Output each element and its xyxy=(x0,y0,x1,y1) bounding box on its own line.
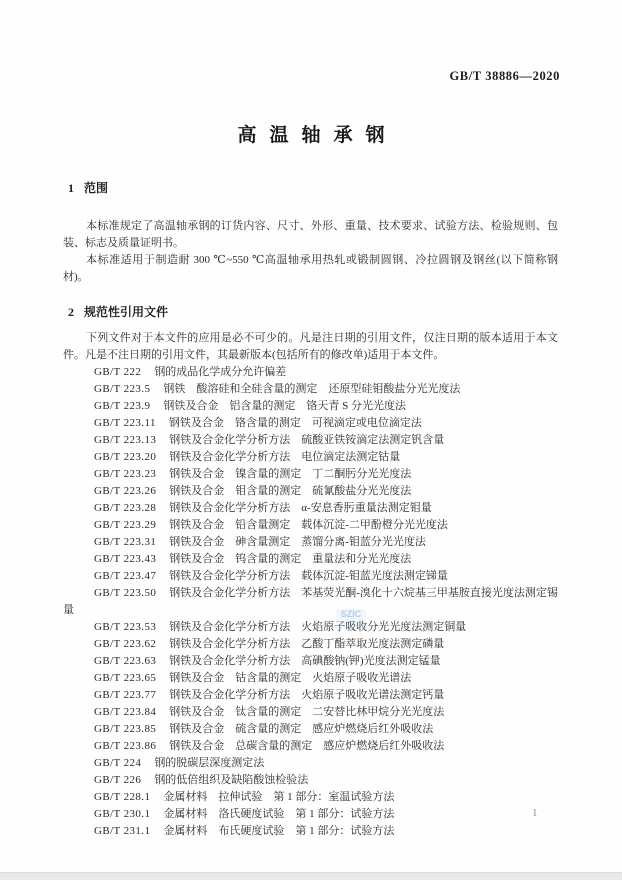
reference-code: GB/T 223.9 xyxy=(94,400,150,412)
reference-text: 钢铁及合金 硫含量的测定 感应炉燃烧后红外吸收法 xyxy=(169,723,433,735)
reference-code: GB/T 228.1 xyxy=(94,791,150,803)
reference-code: GB/T 223.29 xyxy=(94,519,156,531)
reference-item: GB/T 223.29钢铁及合金 铅含量测定 载体沉淀-二甲酚橙分光光度法 xyxy=(63,517,558,534)
document-title: 高温轴承钢 xyxy=(13,126,622,146)
reference-code: GB/T 223.26 xyxy=(94,485,156,497)
reference-code: GB/T 223.5 xyxy=(94,383,150,395)
reference-code: GB/T 223.86 xyxy=(94,740,156,752)
reference-text: 金属材料 布氏硬度试验 第 1 部分：试验方法 xyxy=(163,825,394,837)
reference-code: GB/T 223.65 xyxy=(94,672,156,684)
reference-code: GB/T 223.13 xyxy=(94,434,156,446)
reference-code: GB/T 223.63 xyxy=(94,655,156,667)
reference-code: GB/T 223.53 xyxy=(94,621,156,633)
reference-item: GB/T 223.5钢铁 酸溶硅和全硅含量的测定 还原型硅钼酸盐分光光度法 xyxy=(63,381,558,398)
standard-number: GB/T 38886—2020 xyxy=(0,0,622,83)
reference-code: GB/T 230.1 xyxy=(94,808,150,820)
reference-code: GB/T 223.23 xyxy=(94,468,156,480)
reference-item: GB/T 223.47钢铁及合金化学分析方法 载体沉淀-钼蓝光度法测定锑量 xyxy=(63,568,558,585)
reference-text: 钢铁及合金化学分析方法 α-安息香肟重量法测定钼量 xyxy=(169,502,431,514)
reference-text: 钢铁及合金 钨含量的测定 重量法和分光光度法 xyxy=(169,553,411,565)
reference-item: GB/T 230.1金属材料 洛氏硬度试验 第 1 部分：试验方法 xyxy=(63,806,558,823)
reference-code: GB/T 223.62 xyxy=(94,638,156,650)
reference-item: GB/T 224钢的脱碳层深度测定法 xyxy=(63,755,558,772)
reference-item: GB/T 223.65钢铁及合金 钴含量的测定 火焰原子吸收光谱法 xyxy=(63,670,558,687)
reference-item: GB/T 223.23钢铁及合金 镍含量的测定 丁二酮肟分光光度法 xyxy=(63,466,558,483)
reference-code: GB/T 223.77 xyxy=(94,689,156,701)
reference-text: 钢的低倍组织及缺陷酸蚀检验法 xyxy=(154,774,308,786)
reference-text: 钢铁及合金化学分析方法 载体沉淀-钼蓝光度法测定锑量 xyxy=(169,570,448,582)
reference-item: GB/T 223.77钢铁及合金化学分析方法 火焰原子吸收光谱法测定钙量 xyxy=(63,687,558,704)
reference-code: GB/T 223.84 xyxy=(94,706,156,718)
section-2-heading-text: 规范性引用文件 xyxy=(84,305,168,319)
reference-item: GB/T 223.50钢铁及合金化学分析方法 苯基荧光酮-溴化十六烷基三甲基胺直… xyxy=(63,585,558,619)
reference-item: GB/T 223.11钢铁及合金 铬含量的测定 可视滴定或电位滴定法 xyxy=(63,415,558,432)
reference-code: GB/T 223.50 xyxy=(94,587,156,599)
reference-code: GB/T 223.85 xyxy=(94,723,156,735)
page-bottom-edge xyxy=(0,872,622,880)
reference-item: GB/T 223.9钢铁及合金 铝含量的测定 铬天青 S 分光光度法 xyxy=(63,398,558,415)
reference-code: GB/T 231.1 xyxy=(94,825,150,837)
references-list: GB/T 222钢的成品化学成分允许偏差 GB/T 223.5钢铁 酸溶硅和全硅… xyxy=(63,364,558,840)
reference-item: GB/T 222钢的成品化学成分允许偏差 xyxy=(63,364,558,381)
reference-text: 钢铁及合金 钼含量的测定 硫氰酸盐分光光度法 xyxy=(169,485,411,497)
reference-text: 钢铁及合金化学分析方法 高碘酸钠(钾)光度法测定锰量 xyxy=(169,655,440,667)
reference-code: GB/T 223.11 xyxy=(94,417,156,429)
reference-code: GB/T 223.43 xyxy=(94,553,156,565)
references-intro-paragraph: 下列文件对于本文件的应用是必不可少的。凡是注日期的引用文件，仅注日期的版本适用于… xyxy=(63,330,558,364)
section-1-heading-text: 范围 xyxy=(84,181,108,195)
reference-text: 钢铁 酸溶硅和全硅含量的测定 还原型硅钼酸盐分光光度法 xyxy=(163,383,460,395)
reference-item: GB/T 223.28钢铁及合金化学分析方法 α-安息香肟重量法测定钼量 xyxy=(63,500,558,517)
reference-code: GB/T 222 xyxy=(94,366,141,378)
reference-text: 钢铁及合金 铅含量测定 载体沉淀-二甲酚橙分光光度法 xyxy=(169,519,448,531)
document-page: GB/T 38886—2020 高温轴承钢 1范围 本标准规定了高温轴承钢的订货… xyxy=(0,0,622,880)
reference-item: GB/T 223.43钢铁及合金 钨含量的测定 重量法和分光光度法 xyxy=(63,551,558,568)
reference-item: GB/T 223.62钢铁及合金化学分析方法 乙酸丁酯萃取光度法测定磷量 xyxy=(63,636,558,653)
section-1-number: 1 xyxy=(68,180,74,197)
section-2-body: 下列文件对于本文件的应用是必不可少的。凡是注日期的引用文件，仅注日期的版本适用于… xyxy=(63,330,558,840)
reference-item: GB/T 223.53钢铁及合金化学分析方法 火焰原子吸收分光光度法测定铜量 xyxy=(63,619,558,636)
scope-paragraph-1: 本标准规定了高温轴承钢的订货内容、尺寸、外形、重量、技术要求、试验方法、检验规则… xyxy=(63,218,558,252)
reference-text: 钢铁及合金 铬含量的测定 可视滴定或电位滴定法 xyxy=(169,417,422,429)
reference-item: GB/T 228.1金属材料 拉伸试验 第 1 部分：室温试验方法 xyxy=(63,789,558,806)
section-2-heading: 2规范性引用文件 xyxy=(68,304,622,321)
reference-code: GB/T 226 xyxy=(94,774,141,786)
section-2-number: 2 xyxy=(68,304,74,321)
section-1-body: 本标准规定了高温轴承钢的订货内容、尺寸、外形、重量、技术要求、试验方法、检验规则… xyxy=(63,218,558,286)
page-number: 1 xyxy=(532,806,538,820)
reference-text: 钢铁及合金化学分析方法 电位滴定法测定钴量 xyxy=(169,451,400,463)
reference-code: GB/T 223.31 xyxy=(94,536,156,548)
reference-text: 钢铁及合金 镍含量的测定 丁二酮肟分光光度法 xyxy=(169,468,411,480)
reference-text: 钢铁及合金 钴含量的测定 火焰原子吸收光谱法 xyxy=(169,672,411,684)
reference-item: GB/T 231.1金属材料 布氏硬度试验 第 1 部分：试验方法 xyxy=(63,823,558,840)
reference-item: GB/T 223.86钢铁及合金 总碳含量的测定 感应炉燃烧后红外吸收法 xyxy=(63,738,558,755)
reference-text: 钢的成品化学成分允许偏差 xyxy=(154,366,286,378)
reference-item: GB/T 223.84钢铁及合金 钛含量的测定 二安替比林甲烷分光光度法 xyxy=(63,704,558,721)
reference-code: GB/T 224 xyxy=(94,757,141,769)
reference-text: 钢铁及合金 铝含量的测定 铬天青 S 分光光度法 xyxy=(163,400,406,412)
reference-text: 钢铁及合金 砷含量测定 蒸馏分离-钼蓝分光光度法 xyxy=(169,536,426,548)
reference-item: GB/T 223.26钢铁及合金 钼含量的测定 硫氰酸盐分光光度法 xyxy=(63,483,558,500)
reference-text: 钢铁及合金 钛含量的测定 二安替比林甲烷分光光度法 xyxy=(169,706,444,718)
reference-text: 钢铁及合金化学分析方法 乙酸丁酯萃取光度法测定磷量 xyxy=(169,638,444,650)
reference-text: 金属材料 拉伸试验 第 1 部分：室温试验方法 xyxy=(163,791,394,803)
reference-item: GB/T 223.31钢铁及合金 砷含量测定 蒸馏分离-钼蓝分光光度法 xyxy=(63,534,558,551)
reference-text: 钢铁及合金化学分析方法 火焰原子吸收光谱法测定钙量 xyxy=(169,689,444,701)
reference-item: GB/T 226钢的低倍组织及缺陷酸蚀检验法 xyxy=(63,772,558,789)
reference-text: 钢铁及合金化学分析方法 硫酸亚铁铵滴定法测定钒含量 xyxy=(169,434,444,446)
reference-text: 钢铁及合金化学分析方法 火焰原子吸收分光光度法测定铜量 xyxy=(169,621,466,633)
reference-item: GB/T 223.20钢铁及合金化学分析方法 电位滴定法测定钴量 xyxy=(63,449,558,466)
reference-item: GB/T 223.13钢铁及合金化学分析方法 硫酸亚铁铵滴定法测定钒含量 xyxy=(63,432,558,449)
section-1-heading: 1范围 xyxy=(68,180,622,197)
reference-text: 钢铁及合金 总碳含量的测定 感应炉燃烧后红外吸收法 xyxy=(169,740,444,752)
reference-code: GB/T 223.28 xyxy=(94,502,156,514)
scope-paragraph-2: 本标准适用于制造耐 300 ℃~550 ℃高温轴承用热轧或锻制圆钢、冷拉圆钢及钢… xyxy=(63,252,558,286)
reference-item: GB/T 223.85钢铁及合金 硫含量的测定 感应炉燃烧后红外吸收法 xyxy=(63,721,558,738)
reference-text: 金属材料 洛氏硬度试验 第 1 部分：试验方法 xyxy=(163,808,394,820)
reference-code: GB/T 223.20 xyxy=(94,451,156,463)
reference-code: GB/T 223.47 xyxy=(94,570,156,582)
reference-text: 钢的脱碳层深度测定法 xyxy=(154,757,264,769)
reference-item: GB/T 223.63钢铁及合金化学分析方法 高碘酸钠(钾)光度法测定锰量 xyxy=(63,653,558,670)
